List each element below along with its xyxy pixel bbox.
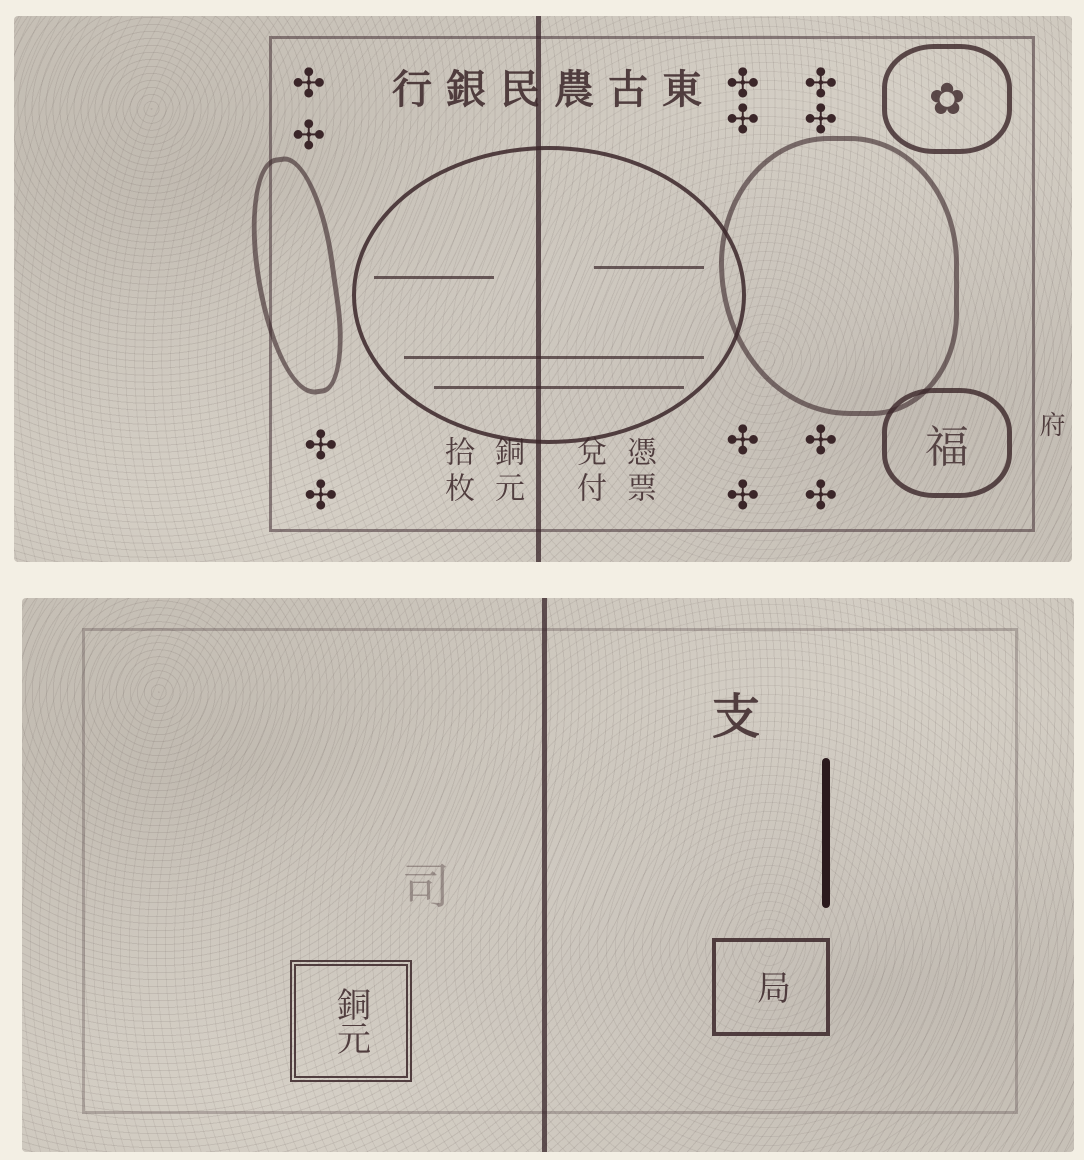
bank-title: 東古農民銀行	[364, 58, 744, 115]
inner-border	[82, 628, 1018, 1114]
top-right-medallion: ✿	[882, 44, 1012, 154]
flower-ornament: ✣	[304, 476, 338, 516]
left-square-seal: 銅元	[290, 960, 412, 1082]
fold-crease	[542, 598, 547, 1152]
flower-ornament: ✣	[804, 476, 838, 516]
text-column: 憑票	[616, 436, 660, 508]
text-column: 銅元	[484, 436, 528, 508]
margin-glyph: 府	[1032, 411, 1069, 443]
water-line	[434, 386, 684, 389]
flower-ornament: ✣	[292, 116, 326, 156]
flower-ornament: ✣	[726, 476, 760, 516]
text-column: 拾枚	[434, 436, 478, 508]
flower-ornament: ✣	[304, 426, 338, 466]
flower-ornament: ✣	[804, 421, 838, 461]
bottom-right-medallion: 福	[882, 388, 1012, 498]
water-line	[374, 276, 494, 279]
water-line	[594, 266, 704, 269]
faded-text: 司	[402, 848, 450, 917]
flower-ornament: ✣	[804, 100, 838, 140]
water-line	[404, 356, 704, 359]
right-seal: 局	[712, 938, 830, 1036]
flower-ornament: ✣	[292, 64, 326, 104]
flower-ornament: ✣	[726, 421, 760, 461]
back-top-glyph: 支	[712, 678, 760, 747]
oval-vignette	[352, 146, 746, 444]
flower-ornament: ✣	[726, 100, 760, 140]
text-column: 兌付	[566, 436, 610, 508]
crease-mark	[822, 758, 830, 908]
banknote-back: 支 司 銅元 局	[22, 598, 1074, 1152]
banknote-front: 東古農民銀行 ✣ ✣ ✣ ✣ ✣ ✣ ✣ ✣ ✣ ✣ ✣ ✣ ✿ 福 憑票 兌付…	[14, 16, 1072, 562]
